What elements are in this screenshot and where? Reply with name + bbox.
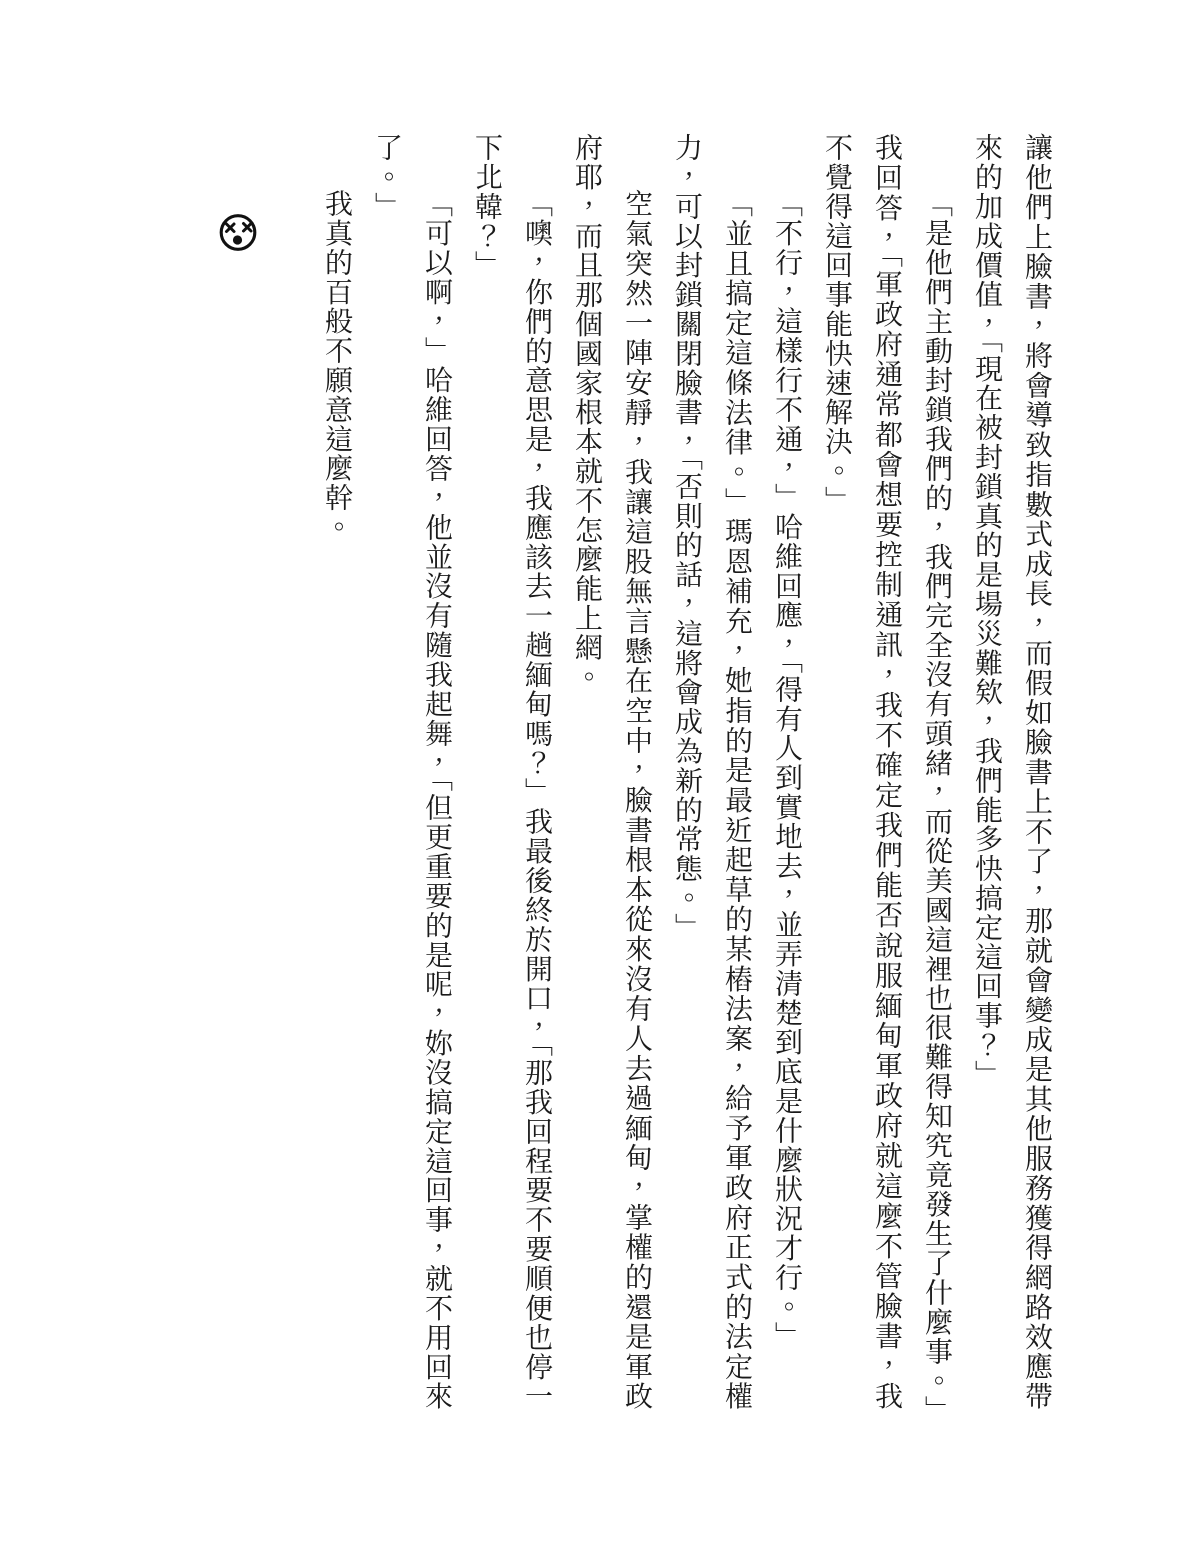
paragraph: 「可以啊，」哈維回答，他並沒有隨我起舞，「但更重要的是呢，妳沒搞定這回事，就不用… bbox=[362, 133, 462, 1411]
paragraph: 讓他們上臉書，將會導致指數式成長，而假如臉書上不了，那就會變成是其他服務獲得網路… bbox=[962, 133, 1062, 1411]
paragraph: 空氣突然一陣安靜，我讓這股無言懸在空中，臉書根本從來沒有人去過緬甸，掌權的還是軍… bbox=[562, 133, 662, 1411]
book-page: 讓他們上臉書，將會導致指數式成長，而假如臉書上不了，那就會變成是其他服務獲得網路… bbox=[0, 0, 1200, 1553]
paragraph: 「並且搞定這條法律。」瑪恩補充，她指的是最近起草的某樁法案，給予軍政府正式的法定… bbox=[662, 133, 762, 1411]
paragraph: 「噢，你們的意思是，我應該去一趟緬甸嗎？」我最後終於開口，「那我回程要不要順便也… bbox=[462, 133, 562, 1411]
dizzy-face-icon bbox=[218, 213, 258, 253]
paragraph: 「是他們主動封鎖我們的，我們完全沒有頭緒，而從美國這裡也很難得知究竟發生了什麼事… bbox=[812, 133, 962, 1411]
paragraph: 我真的百般不願意這麼幹。 bbox=[312, 133, 362, 1411]
paragraph: 「不行，這樣行不通，」哈維回應，「得有人到實地去，並弄清楚到底是什麼狀況才行。」 bbox=[762, 133, 812, 1411]
page-text: 讓他們上臉書，將會導致指數式成長，而假如臉書上不了，那就會變成是其他服務獲得網路… bbox=[312, 133, 1062, 1411]
